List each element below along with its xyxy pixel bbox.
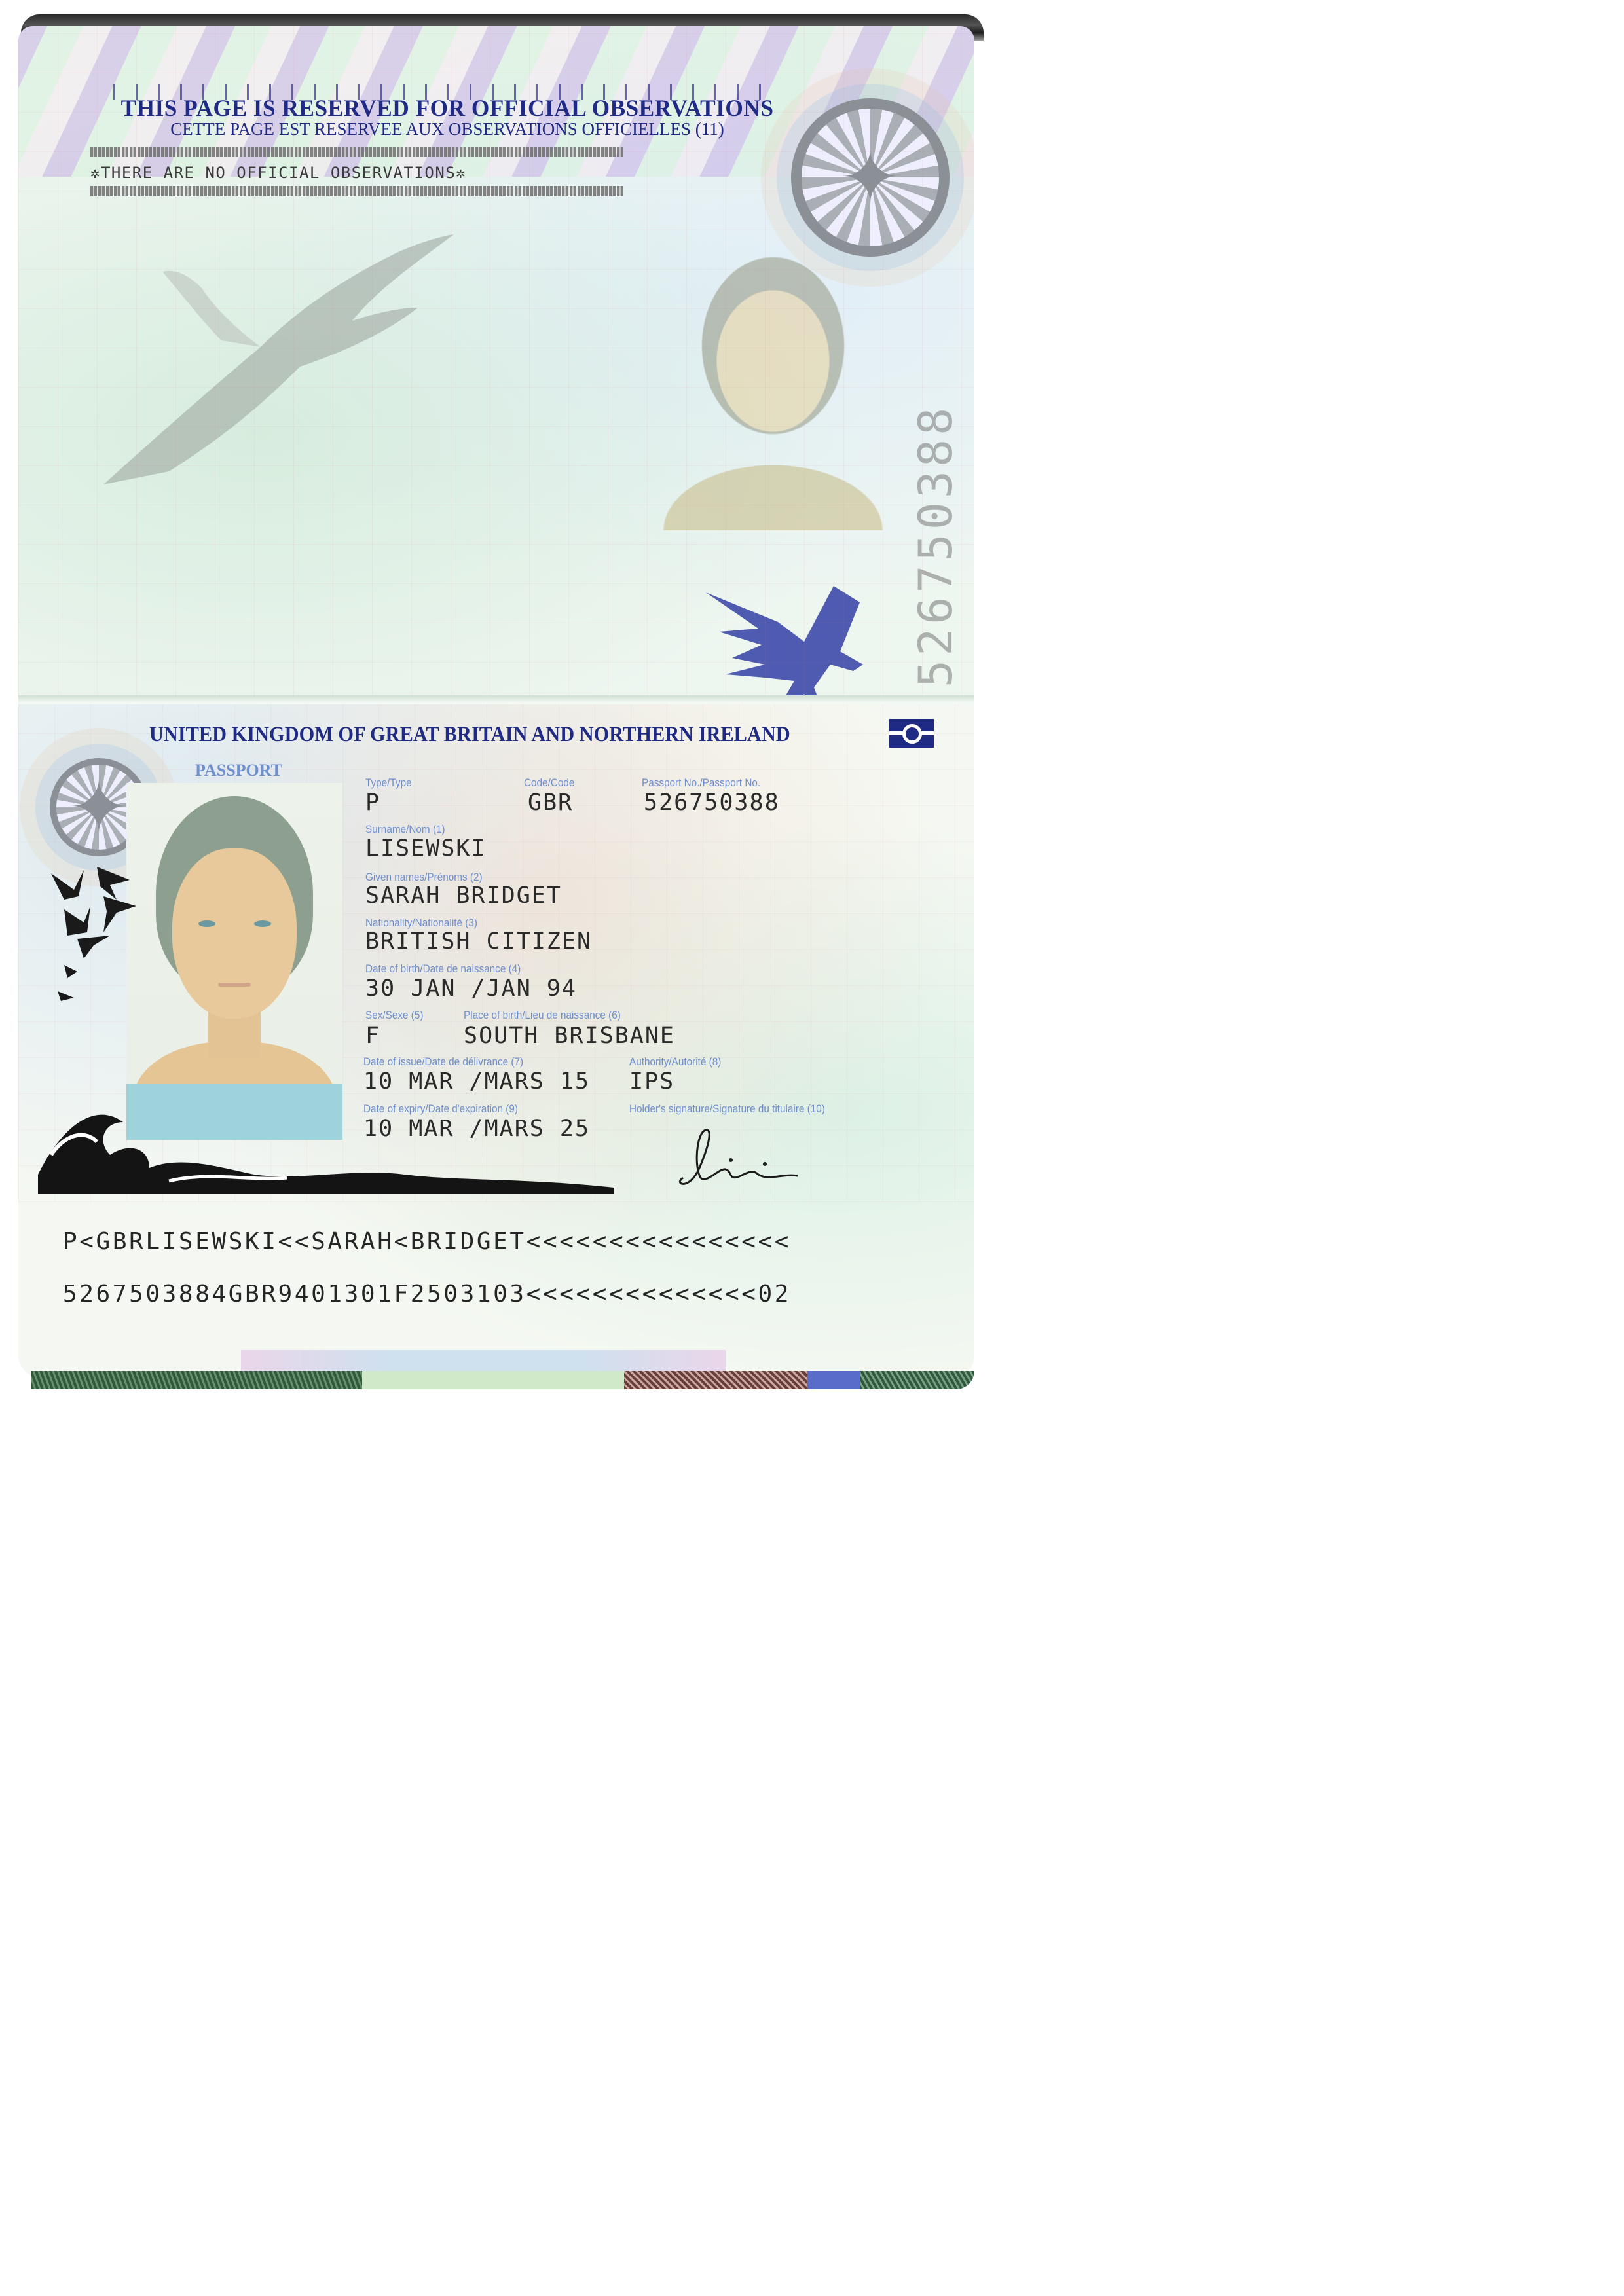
cover-edge-light: [362, 1371, 624, 1389]
date-of-birth-label: Date of birth/Date de naissance (4): [365, 962, 521, 975]
surname-label: Surname/Nom (1): [365, 823, 445, 836]
observations-page: THIS PAGE IS RESERVED FOR OFFICIAL OBSER…: [18, 26, 974, 702]
ghost-portrait-image: [644, 223, 902, 530]
mrz-line-2: 5267503884GBR9401301F2503103<<<<<<<<<<<<…: [63, 1281, 791, 1307]
type-label: Type/Type: [365, 776, 412, 790]
signature-label: Holder's signature/Signature du titulair…: [629, 1102, 825, 1116]
authority-label: Authority/Autorité (8): [629, 1055, 721, 1068]
observations-title: THIS PAGE IS RESERVED FOR OFFICIAL OBSER…: [120, 94, 775, 122]
given-names-label: Given names/Prénoms (2): [365, 871, 483, 884]
holder-signature: [660, 1122, 817, 1194]
type-value: P: [365, 790, 380, 816]
given-names-value: SARAH BRIDGET: [365, 883, 562, 909]
place-of-birth-value: SOUTH BRISBANE: [464, 1023, 675, 1049]
ornamental-rule-bottom: [90, 186, 624, 196]
code-label: Code/Code: [524, 776, 574, 790]
observations-entry: ✲THERE ARE NO OFFICIAL OBSERVATIONS✲: [90, 164, 466, 182]
seabird-illustration-icon: [90, 210, 457, 498]
mrz-line-1: P<GBRLISEWSKI<<SARAH<BRIDGET<<<<<<<<<<<<…: [63, 1228, 791, 1255]
sex-value: F: [365, 1023, 380, 1049]
date-of-issue-value: 10 MAR /MARS 15: [363, 1068, 590, 1095]
sex-label: Sex/Sexe (5): [365, 1009, 423, 1022]
authority-value: IPS: [629, 1068, 674, 1095]
passport-number-label: Passport No./Passport No.: [642, 776, 760, 790]
date-of-expiry-label: Date of expiry/Date d'expiration (9): [363, 1102, 518, 1116]
biometric-chip-icon: [889, 719, 934, 748]
flying-birds-icon: [38, 860, 149, 1024]
passport-scan: THIS PAGE IS RESERVED FOR OFFICIAL OBSER…: [12, 9, 976, 1380]
place-of-birth-label: Place of birth/Lieu de naissance (6): [464, 1009, 621, 1022]
cover-edge-blue: [807, 1371, 860, 1389]
date-of-issue-label: Date of issue/Date de délivrance (7): [363, 1055, 523, 1068]
nationality-label: Nationality/Nationalité (3): [365, 917, 477, 930]
cover-edge-brown: [624, 1371, 807, 1389]
observations-subtitle: CETTE PAGE EST RESERVEE AUX OBSERVATIONS…: [113, 119, 781, 139]
passport-number-value: 526750388: [644, 790, 780, 816]
nationality-value: BRITISH CITIZEN: [365, 928, 592, 955]
code-value: GBR: [528, 790, 573, 816]
swallow-icon: [699, 566, 876, 702]
document-label-en: PASSPORT: [195, 761, 282, 780]
perforated-passport-number: 526750388: [909, 242, 968, 687]
ornamental-rule-top: [90, 147, 624, 157]
cover-edge-green: [31, 1371, 362, 1389]
date-of-expiry-value: 10 MAR /MARS 25: [363, 1116, 590, 1142]
cover-edge-green-right: [860, 1371, 974, 1389]
date-of-birth-value: 30 JAN /JAN 94: [365, 975, 577, 1002]
surname-value: LISEWSKI: [365, 835, 487, 862]
issuing-country: UNITED KINGDOM OF GREAT BRITAIN AND NORT…: [149, 723, 790, 747]
